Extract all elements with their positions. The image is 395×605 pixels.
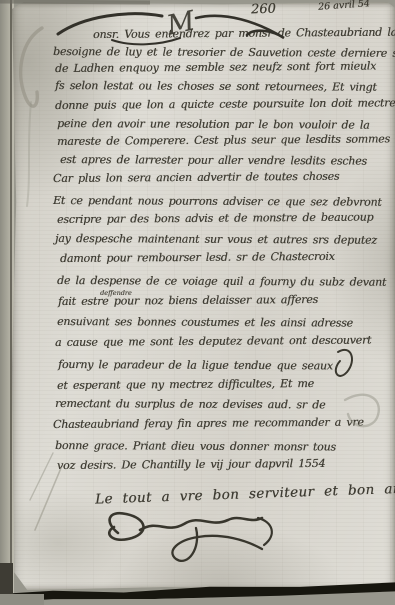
manuscript-line: est apres de larrester pour aller vendre… [60, 153, 367, 168]
bottom-left-corner [0, 594, 44, 605]
manuscript-line: onsr. Vous entendrez par monsr de Chaste… [93, 26, 395, 41]
manuscript-line: bonne grace. Priant dieu vous donner mon… [55, 439, 336, 453]
manuscript-scan: 260 26 avril 54 M onsr. Vous entendrez p… [0, 0, 395, 605]
manuscript-line: mareste de Comperere. Cest plus seur que… [57, 132, 390, 148]
manuscript-line: fs selon lestat ou les choses se sont re… [55, 79, 377, 94]
manuscript-line: peine den avoir une resolution par le bo… [57, 117, 370, 132]
manuscript-line: damont pour rembourser lesd. sr de Chast… [60, 250, 335, 265]
interlinear-insertion: deffendre [100, 289, 132, 297]
manuscript-line: et esperant que ny mectrez difficultes, … [57, 377, 314, 392]
page-edge-crease [10, 0, 12, 605]
manuscript-line: a cause que me sont les deputez devant o… [55, 334, 371, 349]
manuscript-line: besoigne de luy et le tresorier de Sauve… [53, 45, 395, 60]
manuscript-line: jay despesche maintenant sur vous et aut… [55, 232, 377, 247]
manuscript-line: de Ladhen enquoy me semble sez neufz son… [55, 59, 376, 75]
manuscript-line: Car plus lon sera ancien advertir de tou… [53, 170, 339, 185]
manuscript-line: escripre par des bons advis et de monstr… [57, 211, 373, 226]
manuscript-line: Et ce pendant nous pourrons adviser ce q… [53, 194, 382, 209]
manuscript-line: Chasteaubriand feray fin apres me recomm… [53, 416, 364, 431]
manuscript-line: fait estre pour noz biens delaisser aux … [58, 293, 318, 308]
manuscript-line: remectant du surplus de noz devises aud.… [55, 397, 325, 411]
manuscript-line: voz desirs. De Chantilly le vij jour dap… [57, 457, 325, 472]
manuscript-line: donne puis que lon a quicte ceste poursu… [55, 96, 395, 112]
manuscript-line: de la despense de ce voiage quil a fourn… [57, 274, 386, 289]
manuscript-line: fourny le paradeur de la ligue tendue qu… [58, 358, 333, 372]
manuscript-line: ensuivant ses bonnes coustumes et les ai… [57, 315, 353, 330]
page-number: 260 [251, 2, 276, 18]
